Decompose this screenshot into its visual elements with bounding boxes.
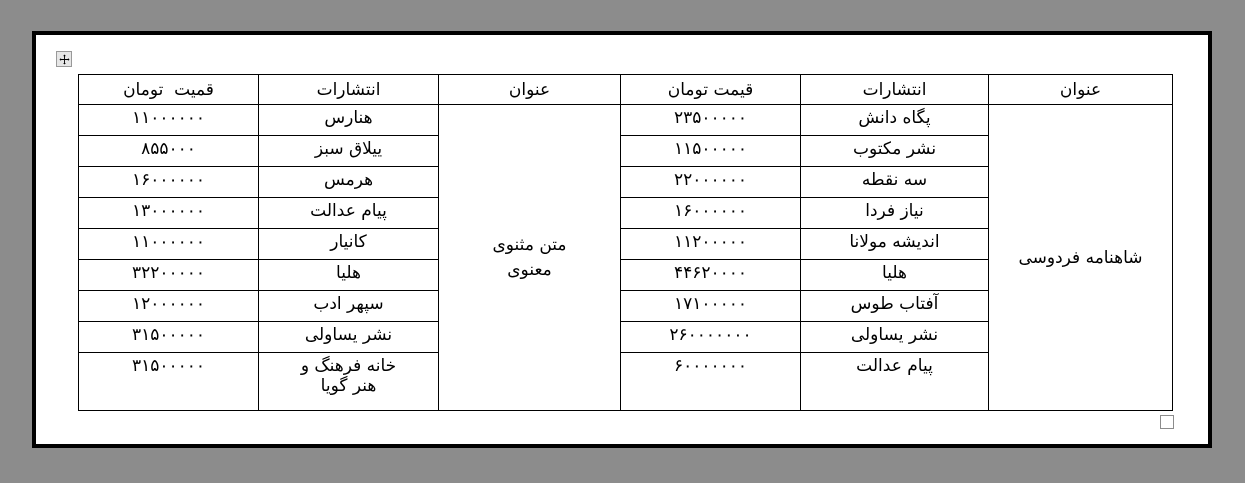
price-cell[interactable]: ۳۱۵۰۰۰۰۰ [79, 353, 259, 411]
header-price-left[interactable]: قمیت تومان [79, 75, 259, 105]
price-cell[interactable]: ۱۶۰۰۰۰۰۰ [79, 167, 259, 198]
header-title-left[interactable]: عنوان [439, 75, 621, 105]
table-move-handle[interactable] [56, 51, 72, 67]
publisher-cell[interactable]: هرمس [259, 167, 439, 198]
price-cell[interactable]: ۳۲۲۰۰۰۰۰ [79, 260, 259, 291]
publisher-cell[interactable]: هنارس [259, 105, 439, 136]
publisher-cell[interactable]: سه نقطه [801, 167, 989, 198]
publisher-cell[interactable]: پگاه دانش [801, 105, 989, 136]
book-price-table: عنوان انتشارات قیمت تومان عنوان انتشارات… [78, 74, 1173, 411]
price-cell[interactable]: ۱۱۵۰۰۰۰۰ [621, 136, 801, 167]
publisher-cell[interactable]: ییلاق سبز [259, 136, 439, 167]
price-cell[interactable]: ۸۵۵۰۰۰ [79, 136, 259, 167]
price-cell[interactable]: ۲۲۰۰۰۰۰۰ [621, 167, 801, 198]
publisher-cell[interactable]: نشر یساولی [801, 322, 989, 353]
header-publisher-left[interactable]: انتشارات [259, 75, 439, 105]
price-cell[interactable]: ۲۳۵۰۰۰۰۰ [621, 105, 801, 136]
table-row: شاهنامه فردوسیپگاه دانش۲۳۵۰۰۰۰۰متن مثنوی… [79, 105, 1173, 136]
move-arrows-icon [59, 54, 70, 65]
price-cell[interactable]: ۱۲۰۰۰۰۰۰ [79, 291, 259, 322]
price-cell[interactable]: ۱۱۲۰۰۰۰۰ [621, 229, 801, 260]
table-body: شاهنامه فردوسیپگاه دانش۲۳۵۰۰۰۰۰متن مثنوی… [79, 105, 1173, 411]
publisher-cell[interactable]: اندیشه مولانا [801, 229, 989, 260]
document-page[interactable]: عنوان انتشارات قیمت تومان عنوان انتشارات… [32, 31, 1212, 448]
publisher-cell[interactable]: آفتاب طوس [801, 291, 989, 322]
header-row: عنوان انتشارات قیمت تومان عنوان انتشارات… [79, 75, 1173, 105]
book-title-cell-left[interactable]: متن مثنوی معنوی [439, 105, 621, 411]
price-cell[interactable]: ۱۱۰۰۰۰۰۰ [79, 229, 259, 260]
price-cell[interactable]: ۶۰۰۰۰۰۰۰ [621, 353, 801, 411]
publisher-cell[interactable]: خانه فرهنگ و هنر گویا [259, 353, 439, 411]
header-publisher-right[interactable]: انتشارات [801, 75, 989, 105]
publisher-cell[interactable]: هلیا [801, 260, 989, 291]
price-cell[interactable]: ۳۱۵۰۰۰۰۰ [79, 322, 259, 353]
book-title-cell-right[interactable]: شاهنامه فردوسی [989, 105, 1173, 411]
publisher-cell[interactable]: پیام عدالت [801, 353, 989, 411]
publisher-cell[interactable]: پیام عدالت [259, 198, 439, 229]
price-cell[interactable]: ۲۶۰۰۰۰۰۰۰ [621, 322, 801, 353]
price-cell[interactable]: ۱۳۰۰۰۰۰۰ [79, 198, 259, 229]
publisher-cell[interactable]: کانیار [259, 229, 439, 260]
table-resize-handle[interactable] [1160, 415, 1174, 429]
publisher-cell[interactable]: نشر یساولی [259, 322, 439, 353]
price-cell[interactable]: ۱۱۰۰۰۰۰۰ [79, 105, 259, 136]
price-cell[interactable]: ۴۴۶۲۰۰۰۰ [621, 260, 801, 291]
header-title-right[interactable]: عنوان [989, 75, 1173, 105]
header-price-right[interactable]: قیمت تومان [621, 75, 801, 105]
publisher-cell[interactable]: هلیا [259, 260, 439, 291]
price-cell[interactable]: ۱۷۱۰۰۰۰۰ [621, 291, 801, 322]
publisher-cell[interactable]: سپهر ادب [259, 291, 439, 322]
publisher-cell[interactable]: نشر مکتوب [801, 136, 989, 167]
price-cell[interactable]: ۱۶۰۰۰۰۰۰ [621, 198, 801, 229]
publisher-cell[interactable]: نیاز فردا [801, 198, 989, 229]
